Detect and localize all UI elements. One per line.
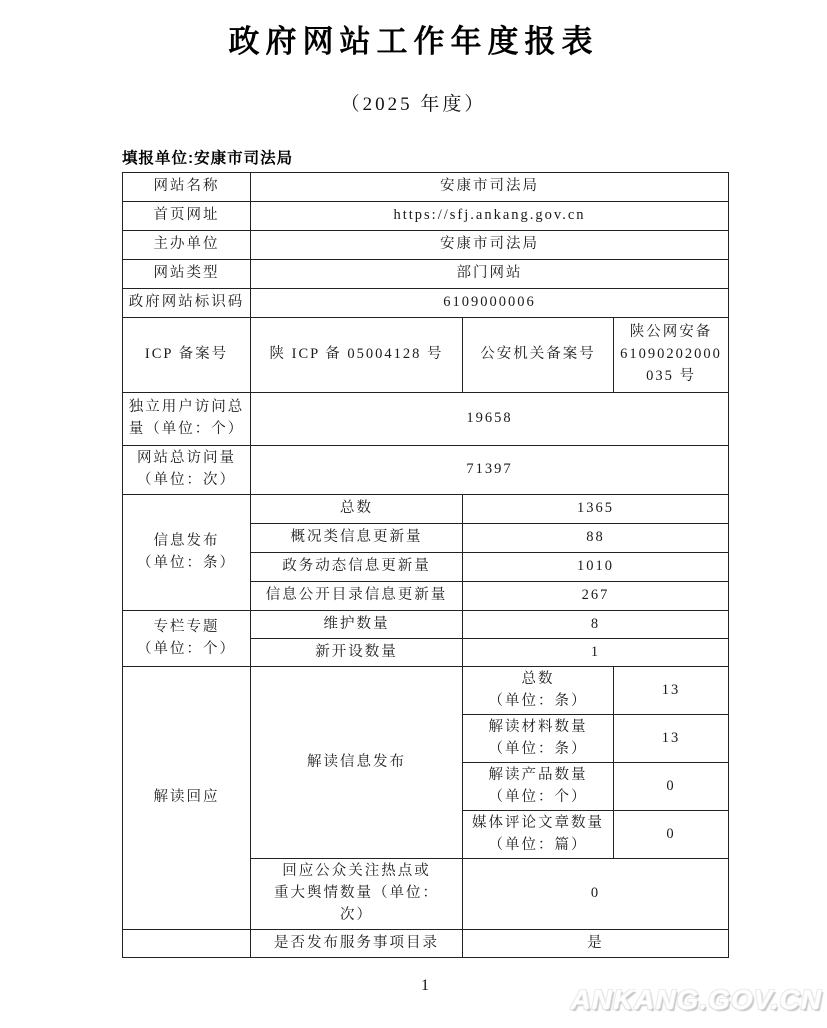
site-name-value: 安康市司法局 [251, 173, 729, 202]
interpret-total-value: 13 [614, 667, 729, 715]
site-code-label: 政府网站标识码 [123, 289, 251, 318]
total-visits-value: 71397 [251, 446, 729, 495]
columns-new-value: 1 [463, 639, 729, 667]
police-record-value: 陕公网安备 61090202000 035 号 [614, 318, 729, 393]
info-total-label: 总数 [251, 495, 463, 524]
columns-maintained-label: 维护数量 [251, 611, 463, 639]
interpret-media-value: 0 [614, 811, 729, 859]
site-type-label: 网站类型 [123, 260, 251, 289]
columns-new-label: 新开设数量 [251, 639, 463, 667]
total-visits-label: 网站总访问量 （单位：次） [123, 446, 251, 495]
site-code-value: 6109000006 [251, 289, 729, 318]
interpret-media-label: 媒体评论文章数量 （单位：篇） [463, 811, 614, 859]
page-subtitle: （2025 年度） [0, 89, 827, 116]
interpret-label: 解读回应 [123, 667, 251, 930]
page-title: 政府网站工作年度报表 [0, 16, 827, 61]
site-name-label: 网站名称 [123, 173, 251, 202]
info-catalog-label: 信息公开目录信息更新量 [251, 582, 463, 611]
icp-label: ICP 备案号 [123, 318, 251, 393]
unique-visitors-label: 独立用户访问总 量（单位：个） [123, 393, 251, 446]
service-catalog-value: 是 [463, 930, 729, 958]
info-overview-value: 88 [463, 524, 729, 553]
interpret-material-value: 13 [614, 715, 729, 763]
service-catalog-label: 是否发布服务事项目录 [251, 930, 463, 958]
hot-response-label: 回应公众关注热点或 重大舆情数量（单位： 次） [251, 859, 463, 930]
info-publish-label: 信息发布 （单位：条） [123, 495, 251, 611]
hot-response-value: 0 [463, 859, 729, 930]
icp-value: 陕 ICP 备 05004128 号 [251, 318, 463, 393]
site-type-value: 部门网站 [251, 260, 729, 289]
home-url-value: https://sfj.ankang.gov.cn [251, 202, 729, 231]
interpret-product-label: 解读产品数量 （单位：个） [463, 763, 614, 811]
unique-visitors-value: 19658 [251, 393, 729, 446]
sponsor-value: 安康市司法局 [251, 231, 729, 260]
interpret-total-label: 总数 （单位：条） [463, 667, 614, 715]
interpret-publish-label: 解读信息发布 [251, 667, 463, 859]
interpret-product-value: 0 [614, 763, 729, 811]
site-watermark: ANKANG.GOV.CN [570, 984, 822, 1016]
home-url-label: 首页网址 [123, 202, 251, 231]
reporting-unit: 填报单位:安康市司法局 [122, 146, 293, 168]
info-overview-label: 概况类信息更新量 [251, 524, 463, 553]
info-catalog-value: 267 [463, 582, 729, 611]
special-columns-label: 专栏专题 （单位：个） [123, 611, 251, 667]
empty-cell [123, 930, 251, 958]
report-table: 网站名称 安康市司法局 首页网址 https://sfj.ankang.gov.… [122, 172, 729, 958]
police-record-label: 公安机关备案号 [463, 318, 614, 393]
info-dynamics-value: 1010 [463, 553, 729, 582]
columns-maintained-value: 8 [463, 611, 729, 639]
interpret-material-label: 解读材料数量 （单位：条） [463, 715, 614, 763]
info-dynamics-label: 政务动态信息更新量 [251, 553, 463, 582]
sponsor-label: 主办单位 [123, 231, 251, 260]
info-total-value: 1365 [463, 495, 729, 524]
